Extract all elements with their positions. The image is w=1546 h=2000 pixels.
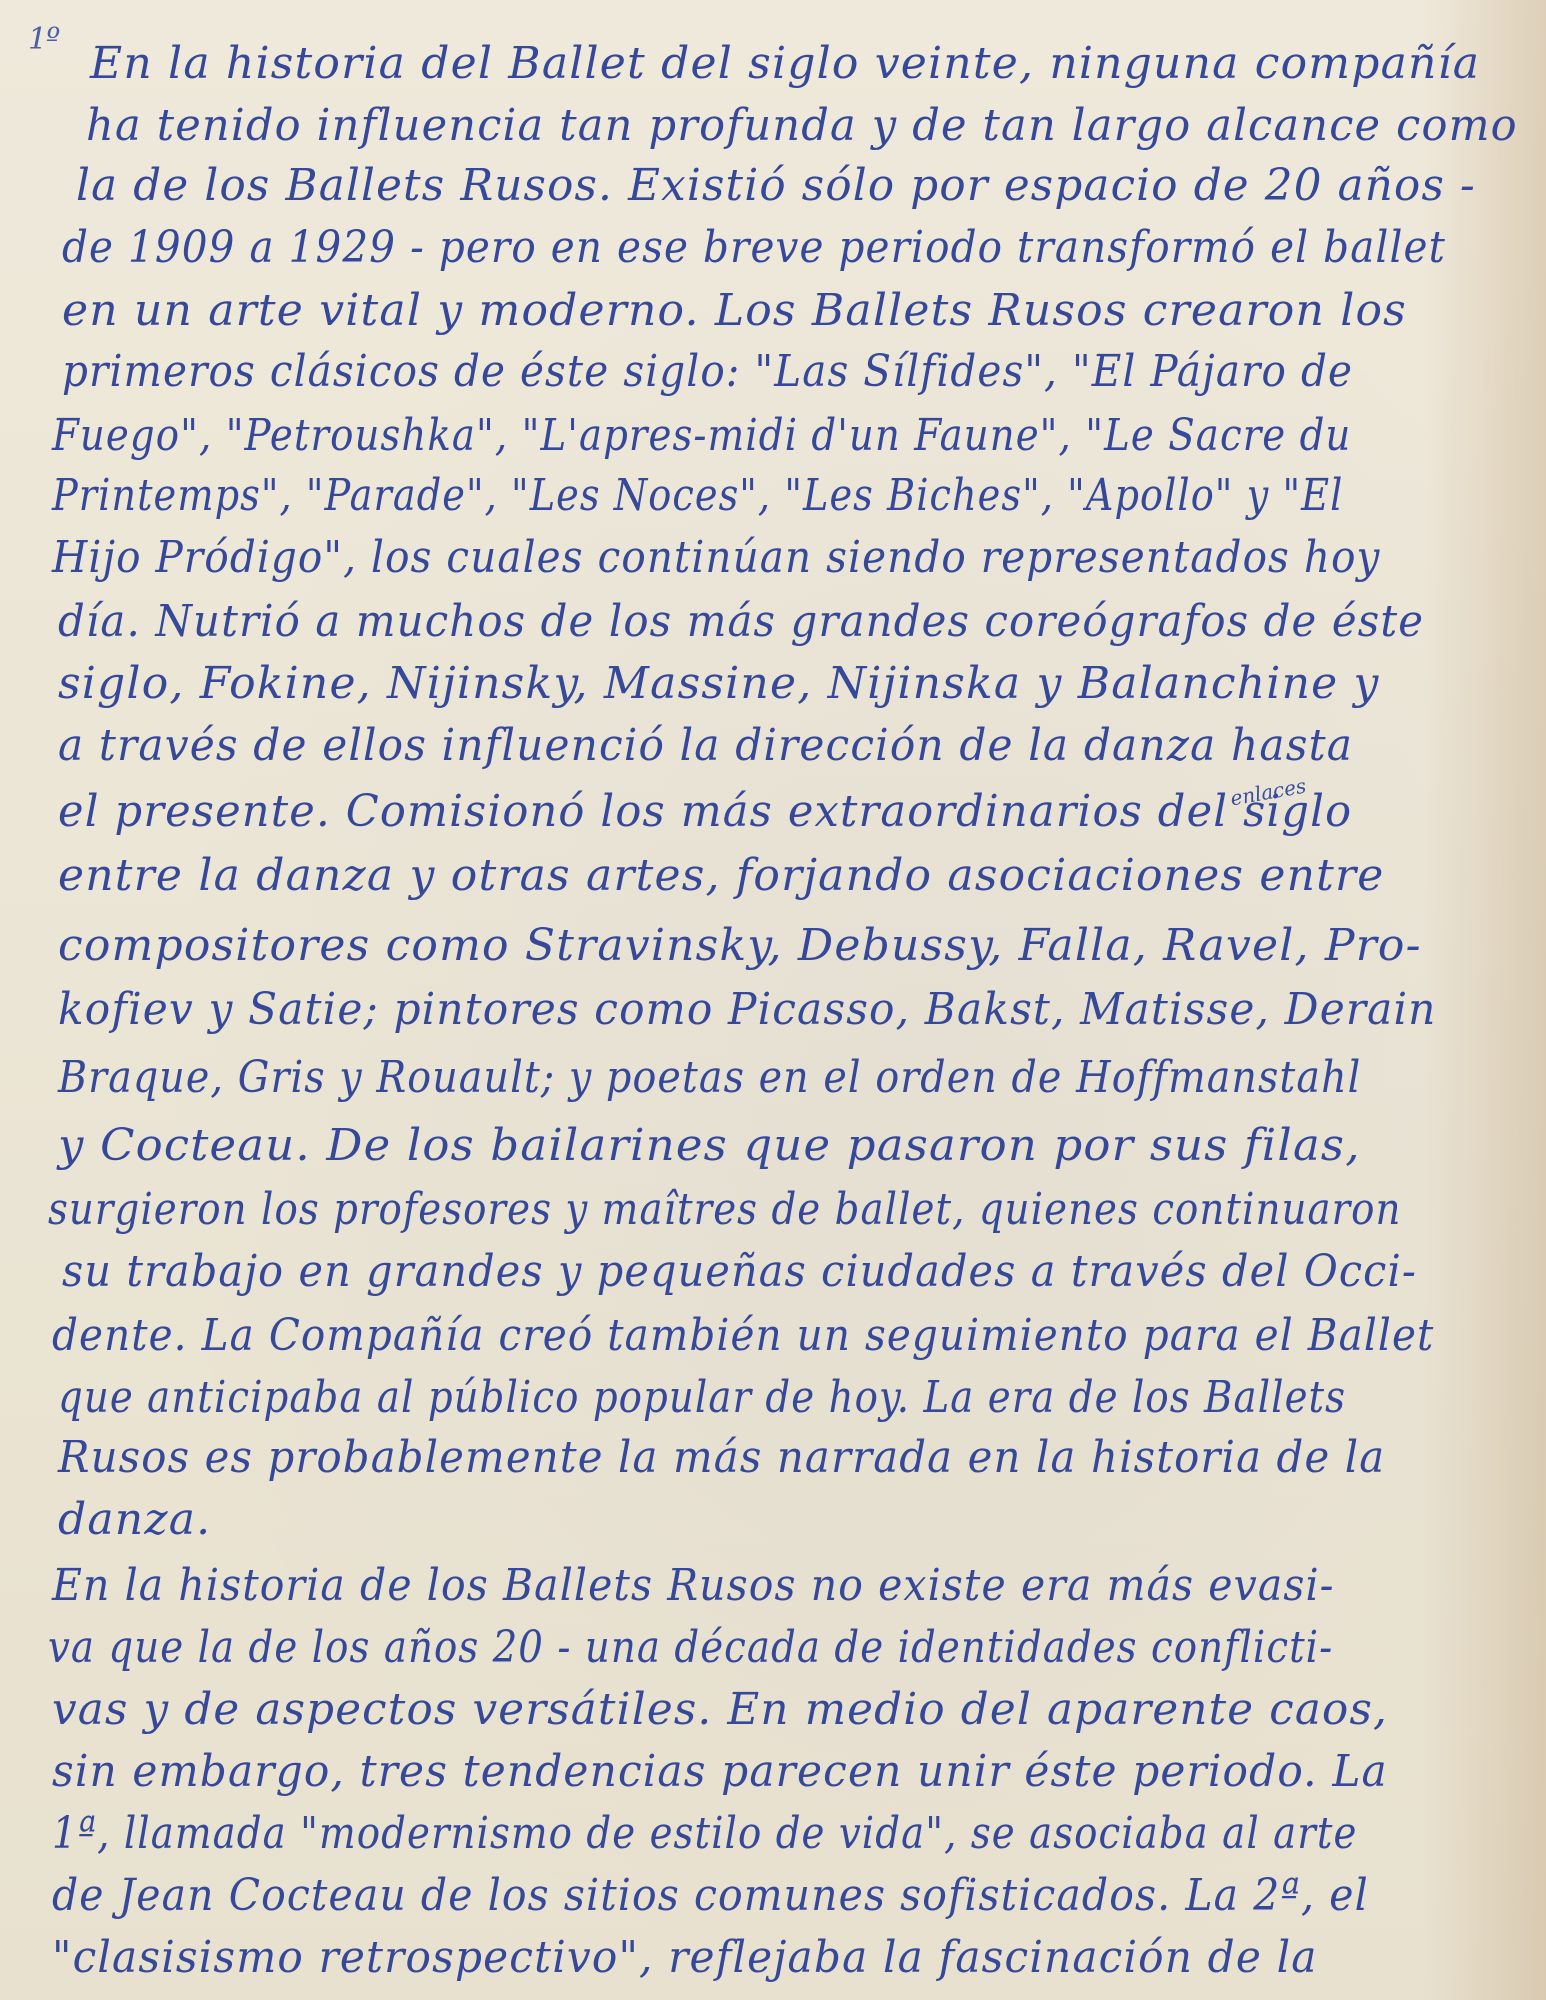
text-line: Fuego", "Petroushka", "L'apres-midi d'un… [52,410,1351,461]
text-line: día. Nutrió a muchos de los más grandes … [58,596,1424,647]
text-line: su trabajo en grandes y pequeñas ciudade… [62,1246,1417,1297]
text-line: sin embargo, tres tendencias parecen uni… [52,1746,1388,1797]
text-line: En la historia del Ballet del siglo vein… [90,38,1480,89]
text-line: dente. La Compañía creó también un segui… [52,1310,1434,1361]
text-line: la de los Ballets Rusos. Existió sólo po… [76,160,1476,211]
page-marker: 1º [28,22,59,57]
text-line: Braque, Gris y Rouault; y poetas en el o… [58,1052,1361,1103]
text-line: Rusos es probablemente la más narrada en… [58,1432,1385,1483]
text-line: kofiev y Satie; pintores como Picasso, B… [58,984,1437,1035]
text-line: que anticipaba al público popular de hoy… [58,1372,1346,1423]
text-line: va que la de los años 20 - una década de… [48,1622,1333,1673]
text-line: Printemps", "Parade", "Les Noces", "Les … [52,470,1343,521]
text-line: Hijo Pródigo", los cuales continúan sien… [52,532,1381,583]
text-line: ha tenido influencia tan profunda y de t… [86,100,1518,151]
text-line: vas y de aspectos versátiles. En medio d… [52,1684,1388,1735]
text-line: de 1909 a 1929 - pero en ese breve perio… [62,222,1446,273]
text-line: en un arte vital y moderno. Los Ballets … [62,285,1407,336]
text-line: siglo, Fokine, Nijinsky, Massine, Nijins… [58,658,1380,709]
text-line: "clasisismo retrospectivo", reflejaba la… [52,1932,1318,1983]
text-line: 1ª, llamada "modernismo de estilo de vid… [52,1808,1357,1859]
text-line: danza. [58,1494,211,1545]
text-line: el presente. Comisionó los más extraordi… [58,786,1352,837]
text-line: y Cocteau. De los bailarines que pasaron… [58,1120,1361,1171]
text-line: entre la danza y otras artes, forjando a… [58,850,1385,901]
text-line: primeros clásicos de éste siglo: "Las Sí… [62,346,1353,397]
text-line: compositores como Stravinsky, Debussy, F… [58,920,1422,971]
text-line: de Jean Cocteau de los sitios comunes so… [52,1870,1369,1921]
handwritten-page: 1º enlaces En la historia del Ballet del… [0,0,1546,2000]
text-line: a través de ellos influenció la direcció… [58,720,1353,771]
text-line: En la historia de los Ballets Rusos no e… [52,1560,1335,1611]
text-line: surgieron los profesores y maîtres de ba… [48,1184,1402,1235]
